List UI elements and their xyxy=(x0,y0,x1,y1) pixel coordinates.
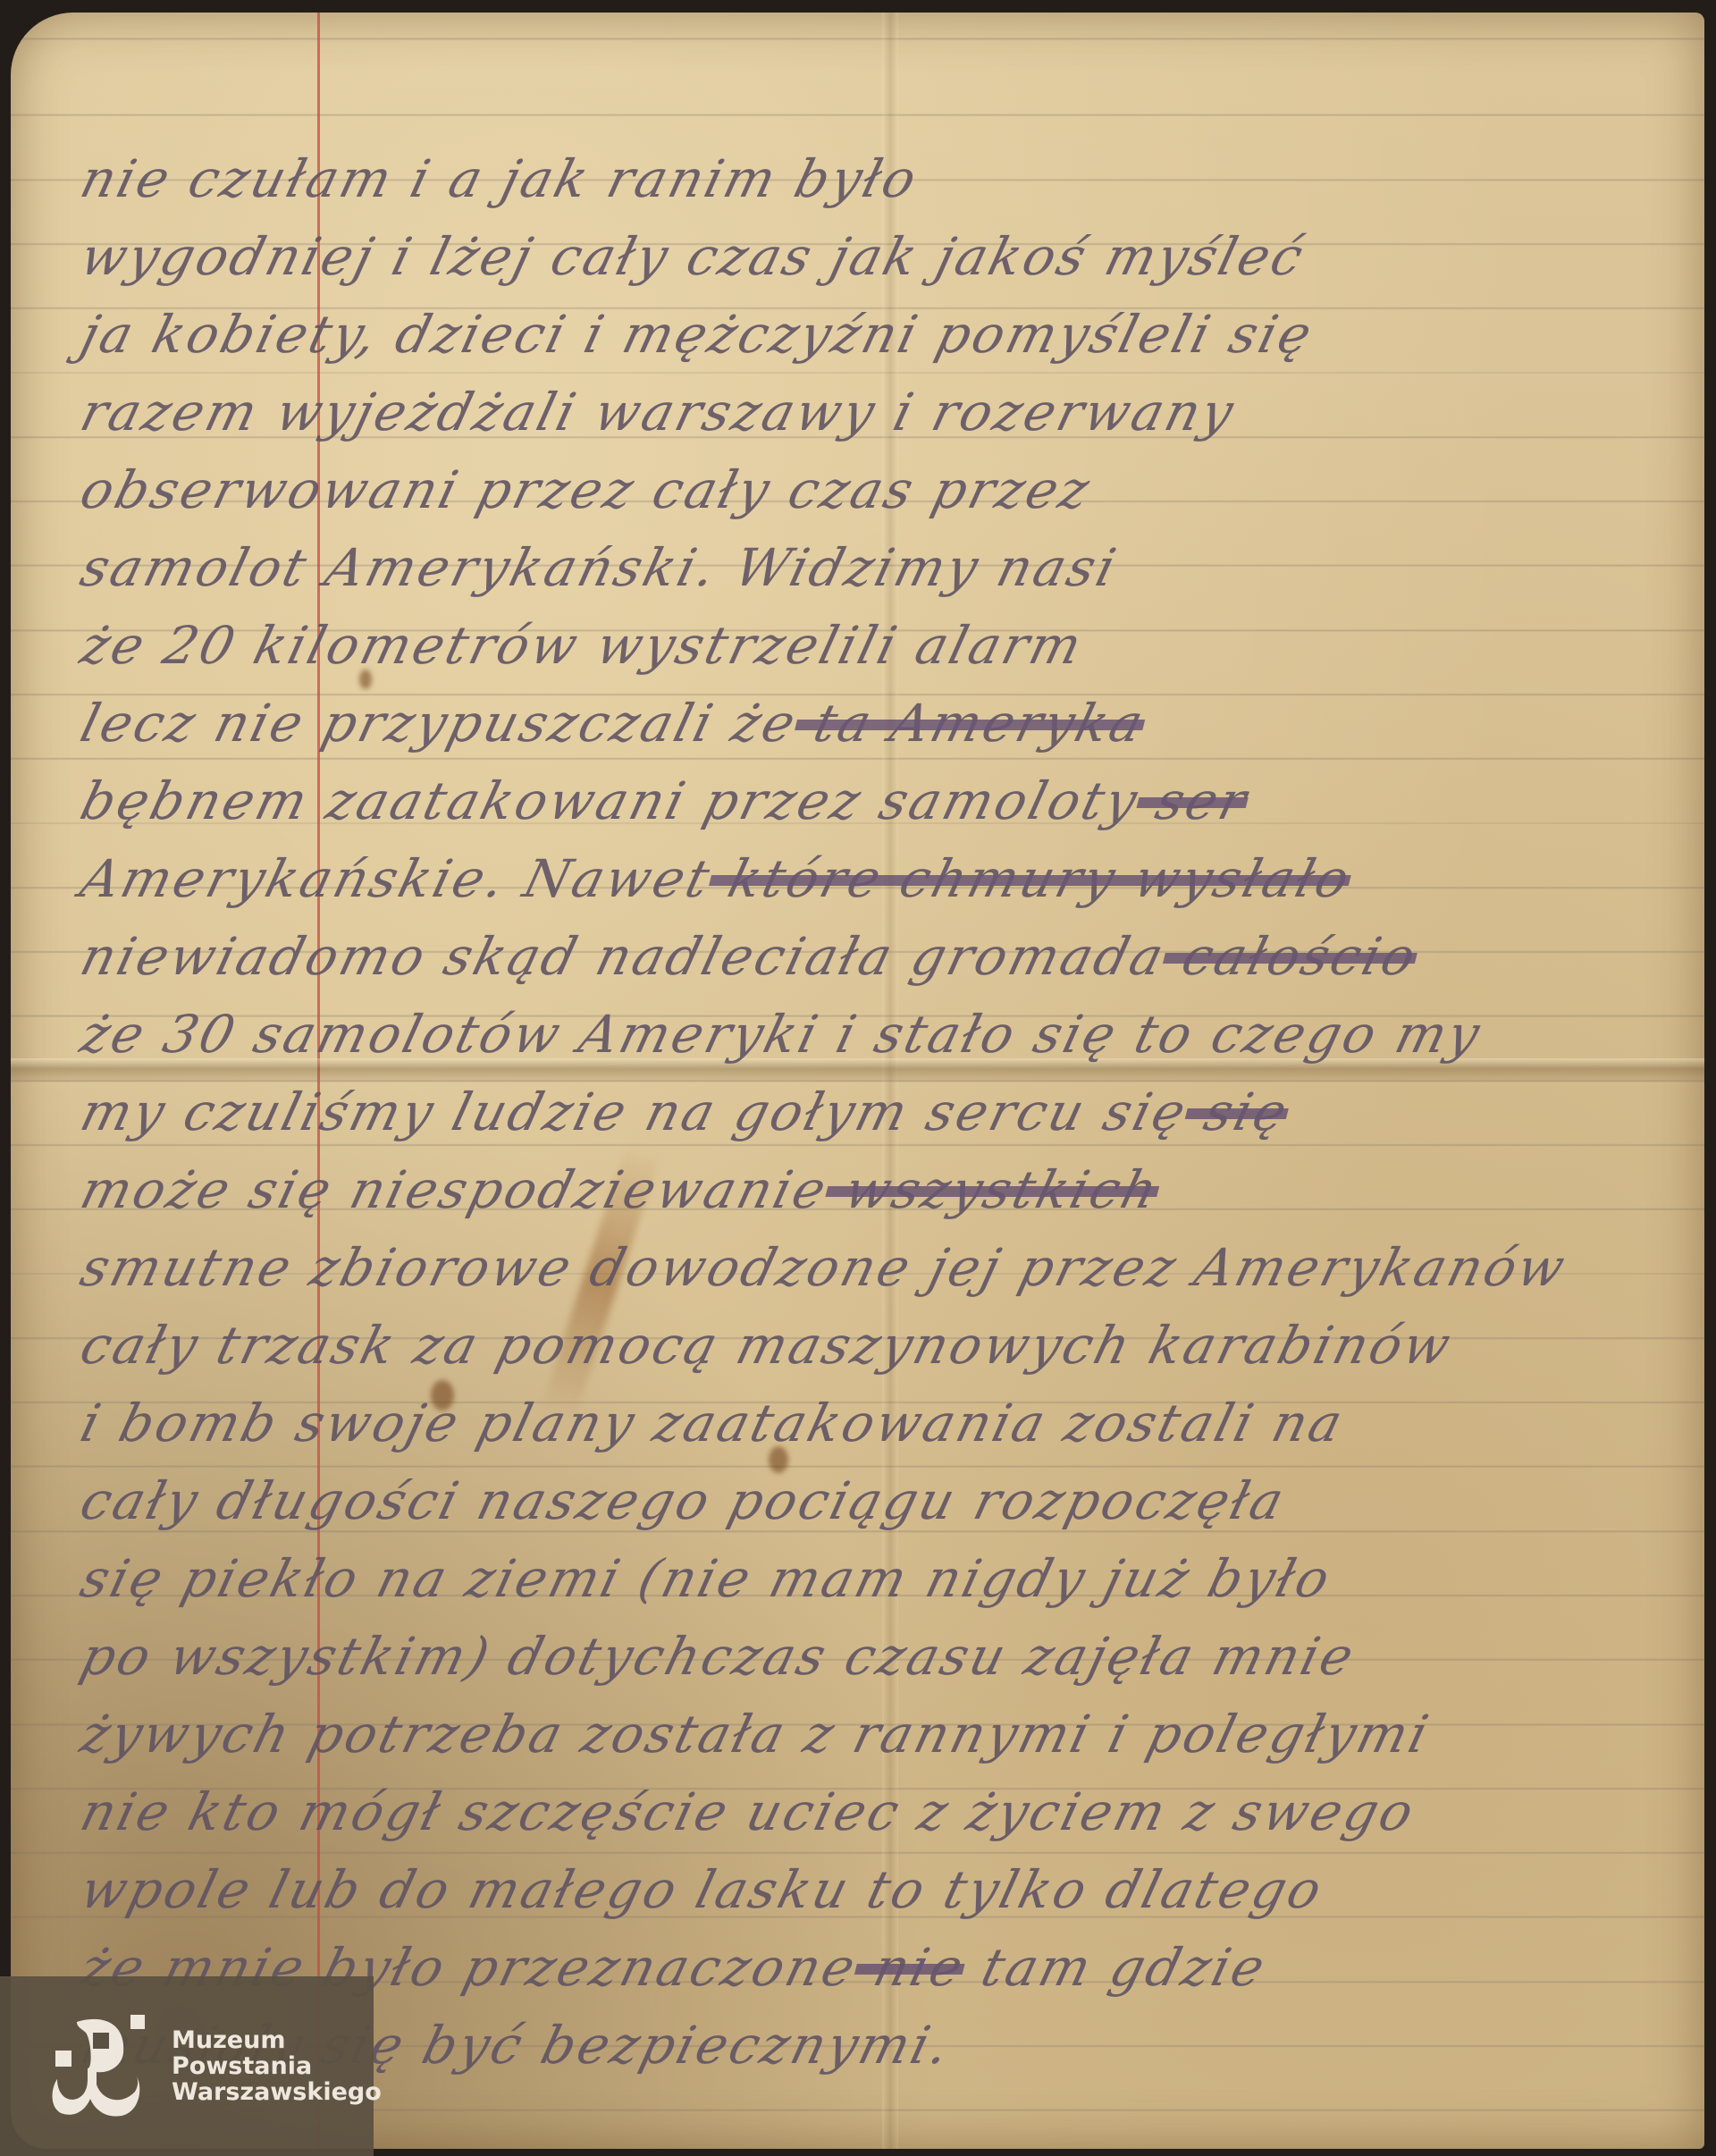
struck-through-text: ta Ameryka xyxy=(789,693,1152,754)
line-text: bębnem zaatakowani przez samoloty xyxy=(75,771,1146,831)
handwritten-line: nie kto mógł szczęście uciec z życiem z … xyxy=(74,1780,1677,1844)
line-text: cały długości naszego pociągu rozpoczęła xyxy=(75,1470,1292,1531)
line-text: Amerykańskie. Nawet xyxy=(75,848,719,909)
struck-through-text: nie xyxy=(848,1937,972,1998)
line-text: i bomb swoje plany zaatakowania zostali … xyxy=(75,1393,1351,1453)
kotwica-anchor-icon xyxy=(50,2013,148,2120)
line-text: samolot Amerykański. Widzimy nasi xyxy=(75,537,1124,598)
handwritten-line: się piekło na ziemi (nie mam nigdy już b… xyxy=(74,1546,1677,1611)
museum-name: Muzeum Powstania Warszawskiego xyxy=(172,2027,382,2105)
museum-name-line1: Muzeum xyxy=(172,2027,382,2053)
line-text: my czuliśmy ludzie na gołym sercu się xyxy=(75,1082,1195,1142)
line-text: lecz nie przypuszczali że xyxy=(75,693,804,754)
line-text: że 20 kilometrów wystrzelili alarm xyxy=(75,615,1090,676)
line-text: wygodniej i lżej cały czas jak jakoś myś… xyxy=(75,226,1312,287)
line-text: wpole lub do małego lasku to tylko dlate… xyxy=(75,1859,1331,1920)
line-text: cały trzask za pomocą maszynowych karabi… xyxy=(75,1315,1459,1376)
line-text: smutne zbiorowe dowodzone jej przez Amer… xyxy=(75,1237,1574,1298)
handwritten-line: że 30 samolotów Ameryki i stało się to c… xyxy=(74,1002,1677,1066)
line-text: po wszystkim) dotychczas czasu zajęła mn… xyxy=(75,1626,1362,1687)
line-text: niewiadomo skąd nadleciała gromada xyxy=(75,926,1173,987)
line-text-after: tam gdzie xyxy=(956,1937,1273,1998)
line-text: się piekło na ziemi (nie mam nigdy już b… xyxy=(75,1548,1339,1609)
line-text: nie czułam i a jak ranim było xyxy=(75,148,925,209)
museum-name-line3: Warszawskiego xyxy=(172,2079,382,2105)
struck-through-text: się xyxy=(1179,1082,1295,1142)
handwritten-line: razem wyjeżdżali warszawy i rozerwany xyxy=(74,380,1677,444)
handwritten-line: że 20 kilometrów wystrzelili alarm xyxy=(74,613,1677,678)
handwritten-line: wygodniej i lżej cały czas jak jakoś myś… xyxy=(74,224,1677,289)
handwritten-line: po wszystkim) dotychczas czasu zajęła mn… xyxy=(74,1624,1677,1689)
line-text: ja kobiety, dzieci i mężczyźni pomyśleli… xyxy=(75,304,1321,365)
museum-name-line2: Powstania xyxy=(172,2053,382,2079)
line-text: żywych potrzeba została z rannymi i pole… xyxy=(75,1704,1437,1764)
handwritten-line: my czuliśmy ludzie na gołym sercu się si… xyxy=(74,1080,1677,1144)
line-text: obserwowani przez cały czas przez xyxy=(75,459,1098,520)
handwritten-line: Amerykańskie. Nawet które chmury wysłało xyxy=(74,846,1677,911)
museum-watermark: Muzeum Powstania Warszawskiego xyxy=(0,1976,374,2156)
struck-through-text: które chmury wysłało xyxy=(703,848,1358,909)
handwritten-line: niewiadomo skąd nadleciała gromada całoś… xyxy=(74,924,1677,989)
struck-through-text: całościo xyxy=(1157,926,1424,987)
line-text: razem wyjeżdżali warszawy i rozerwany xyxy=(75,382,1242,442)
handwritten-line: cały długości naszego pociągu rozpoczęła xyxy=(74,1469,1677,1533)
scan-stage: nie czułam i a jak ranim byłowygodniej i… xyxy=(0,0,1716,2156)
handwritten-line: ja kobiety, dzieci i mężczyźni pomyśleli… xyxy=(74,302,1677,366)
handwritten-line: smutne zbiorowe dowodzone jej przez Amer… xyxy=(74,1235,1677,1300)
letter-page: nie czułam i a jak ranim byłowygodniej i… xyxy=(11,13,1704,2149)
handwritten-line: nie czułam i a jak ranim było xyxy=(74,147,1677,211)
handwritten-line: samolot Amerykański. Widzimy nasi xyxy=(74,535,1677,600)
handwritten-line: cały trzask za pomocą maszynowych karabi… xyxy=(74,1313,1677,1377)
handwritten-text: nie czułam i a jak ranim byłowygodniej i… xyxy=(11,13,1704,2149)
handwritten-line: lecz nie przypuszczali że ta Ameryka xyxy=(74,691,1677,755)
line-text: nie kto mógł szczęście uciec z życiem z … xyxy=(75,1781,1422,1842)
handwritten-line: żywych potrzeba została z rannymi i pole… xyxy=(74,1702,1677,1766)
handwritten-line: może się niespodziewanie wszystkich xyxy=(74,1158,1677,1222)
line-text: może się niespodziewanie xyxy=(75,1159,835,1220)
line-text: że 30 samolotów Ameryki i stało się to c… xyxy=(75,1004,1489,1065)
handwritten-line: obserwowani przez cały czas przez xyxy=(74,458,1677,522)
struck-through-text: wszystkich xyxy=(820,1159,1166,1220)
handwritten-line: bębnem zaatakowani przez samoloty ser xyxy=(74,769,1677,833)
handwritten-line: wpole lub do małego lasku to tylko dlate… xyxy=(74,1857,1677,1922)
handwritten-line: i bomb swoje plany zaatakowania zostali … xyxy=(74,1391,1677,1455)
struck-through-text: ser xyxy=(1131,771,1255,831)
